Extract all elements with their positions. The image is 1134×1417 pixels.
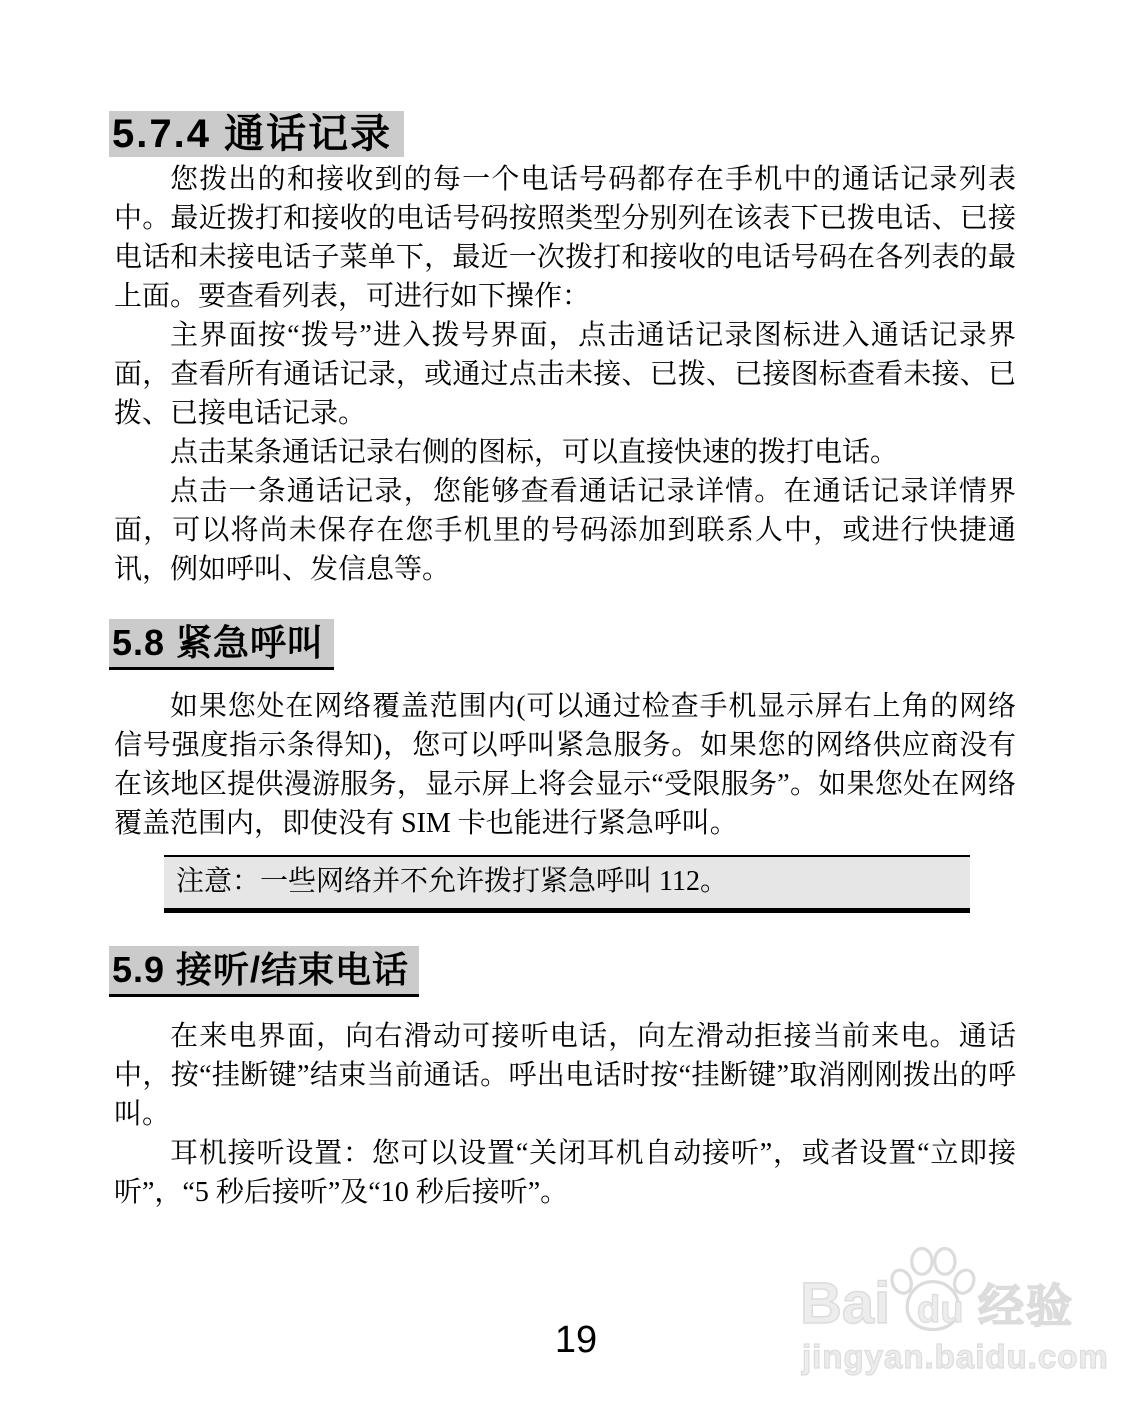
section-heading-5-8: 5.8 紧急呼叫 [109, 619, 334, 670]
paragraph: 如果您处在网络覆盖范围内(可以通过检查手机显示屏右上角的网络信号强度指示条得知)… [114, 687, 1016, 843]
section-heading-5-9: 5.9 接听/结束电话 [109, 946, 419, 997]
watermark-jingyan-text: 经验 [978, 1281, 1074, 1331]
section-5-7-4-body: 您拨出的和接收到的每一个电话号码都存在手机中的通话记录列表中。最近拨打和接收的电… [114, 160, 1016, 589]
paragraph: 点击某条通话记录右侧的图标，可以直接快速的拨打电话。 [114, 433, 1016, 472]
baidu-jingyan-watermark: Bai du 经验 jingyan.baidu.com [800, 1243, 1090, 1383]
watermark-brand-text: Bai [800, 1275, 890, 1333]
paragraph: 点击一条通话记录，您能够查看通话记录详情。在通话记录详情界面，可以将尚未保存在您… [114, 472, 1016, 589]
watermark-url-text: jingyan.baidu.com [802, 1339, 1109, 1375]
section-5-9-body: 在来电界面，向右滑动可接听电话，向左滑动拒接当前来电。通话中，按“挂断键”结束当… [114, 1017, 1016, 1212]
manual-page: 5.7.4 通话记录 您拨出的和接收到的每一个电话号码都存在手机中的通话记录列表… [0, 0, 1134, 1417]
section-heading-5-7-4: 5.7.4 通话记录 [109, 111, 404, 157]
note-text: 注意：一些网络并不允许拨打紧急呼叫 112。 [176, 866, 728, 897]
paragraph: 主界面按“拨号”进入拨号界面，点击通话记录图标进入通话记录界面，查看所有通话记录… [114, 316, 1016, 433]
paragraph: 耳机接听设置：您可以设置“关闭耳机自动接听”，或者设置“立即接听”，“5 秒后接… [114, 1134, 1016, 1212]
watermark-du-text: du [917, 1291, 963, 1329]
paragraph: 在来电界面，向右滑动可接听电话，向左滑动拒接当前来电。通话中，按“挂断键”结束当… [114, 1017, 1016, 1134]
paragraph: 您拨出的和接收到的每一个电话号码都存在手机中的通话记录列表中。最近拨打和接收的电… [114, 160, 1016, 316]
section-5-8-body: 如果您处在网络覆盖范围内(可以通过检查手机显示屏右上角的网络信号强度指示条得知)… [114, 687, 1016, 843]
note-box: 注意：一些网络并不允许拨打紧急呼叫 112。 [164, 855, 970, 913]
